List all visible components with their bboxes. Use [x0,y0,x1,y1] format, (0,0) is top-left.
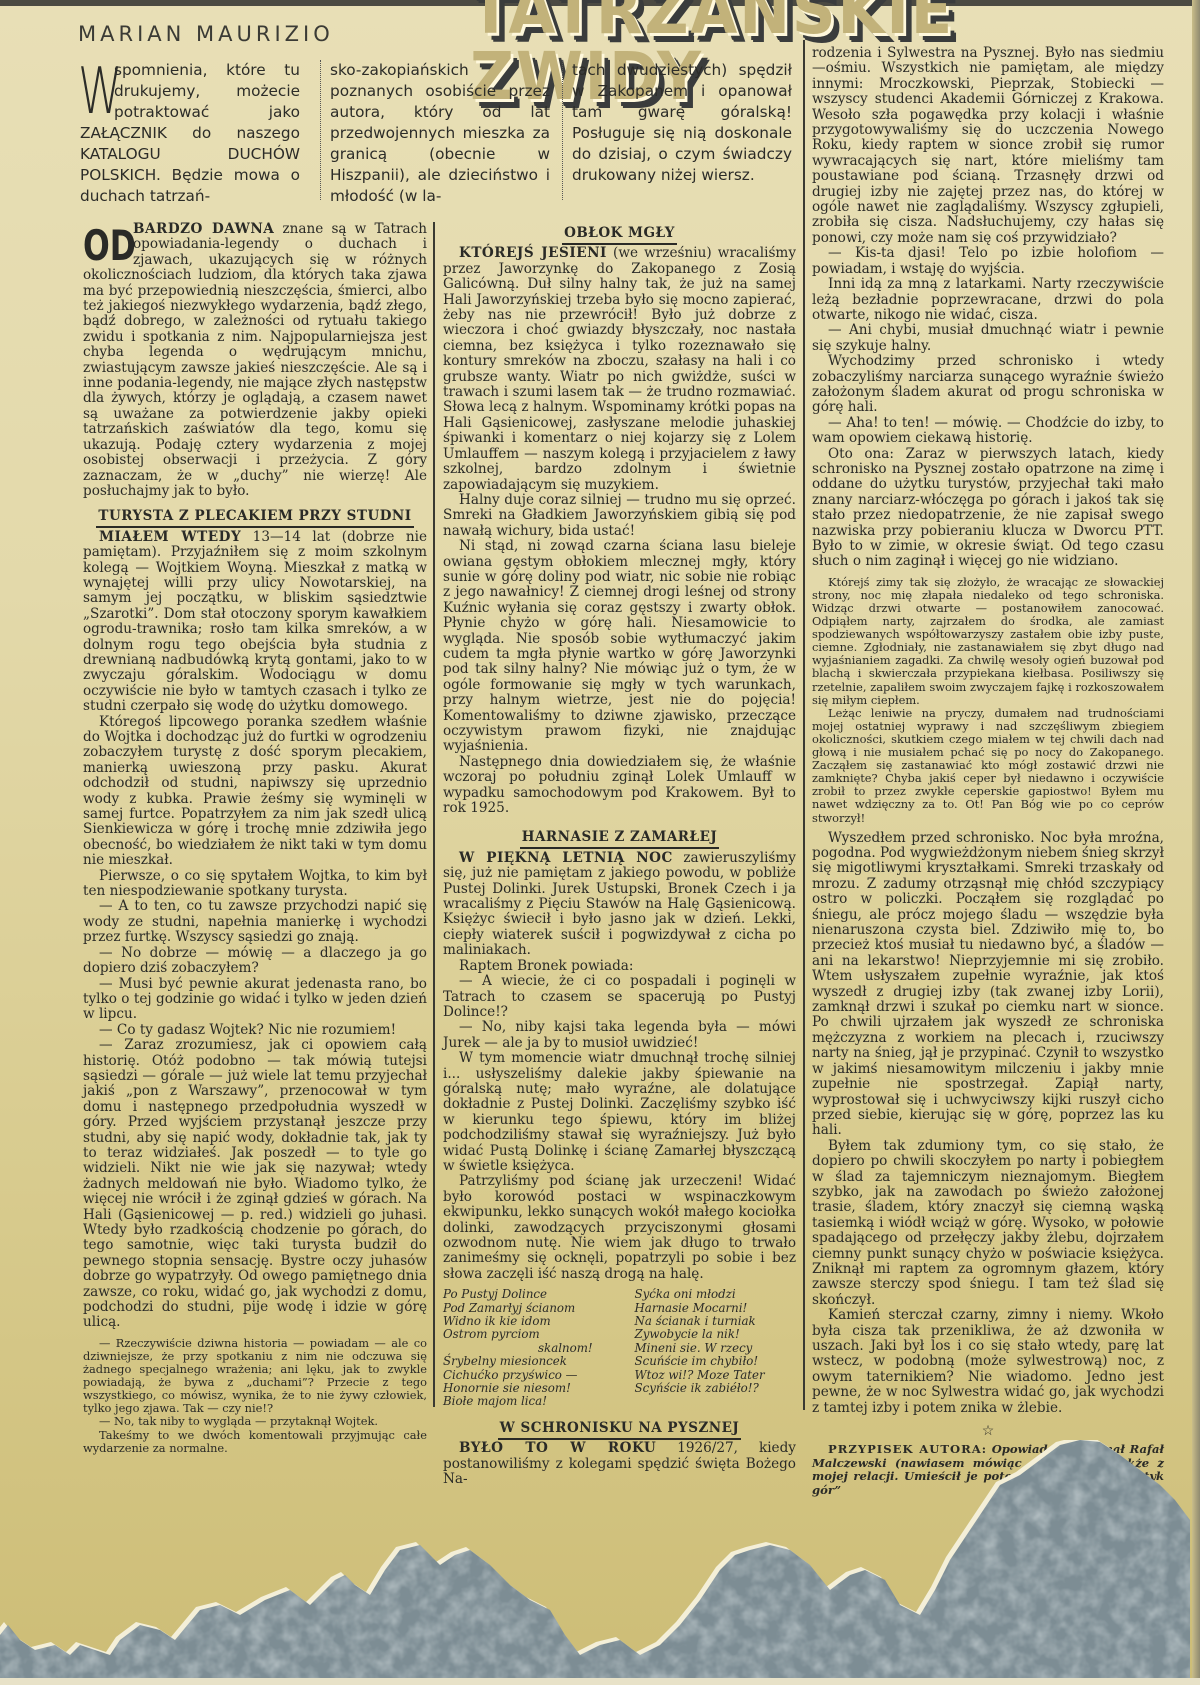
paragraph-small: Którejś zimy tak się złożyło, że wracają… [812,576,1164,707]
paragraph: — Co ty gadasz Wojtek? Nic nie rozumiem! [83,1023,427,1038]
paragraph: Inni idą za mną z latarkami. Narty rzecz… [812,277,1164,323]
paragraph: W tym momencie wiatr dmuchnął trochę sil… [443,1051,796,1174]
author-name: MARIAN MAURIZIO [78,22,334,46]
poem-stanza-right: Syćka oni młodzi Harnasie Mocarni! Na śc… [635,1288,797,1409]
drop-cap: OD [83,226,115,266]
section-heading: TURYSTA Z PLECAKIEM PRZY STUDNI [83,509,427,524]
paragraph: Byłem tak zdumiony tym, co się stało, że… [812,1139,1164,1308]
paragraph: Pierwsze, o co się spytałem Wojtka, to k… [83,869,427,900]
paragraph-small: — Rzeczywiście dziwna historia — powiada… [83,1337,427,1416]
paragraph: Wyszedłem przed schronisko. Noc była mro… [812,831,1164,1139]
section-heading: OBŁOK MGŁY [443,226,796,241]
paragraph: Kamień sterczał czarny, zimny i niemy. W… [812,1308,1164,1416]
paragraph: Ni stąd, ni zowąd czarna ściana lasu bie… [443,539,796,755]
mountain-silhouette-illustration [0,1440,1200,1685]
column-1: ODBARDZO DAWNA znane są w Tatrach opowia… [83,222,427,1455]
paragraph: — Musi być pewnie akurat jedenasta rano,… [83,977,427,1023]
paragraph: — Kis-ta djasi! Telo po izbie holofiom —… [812,246,1164,277]
star-icon: ☆ [812,1424,1164,1439]
intro-col-1: W spomnienia, które tu drukujemy, możeci… [80,60,300,207]
paragraph: — Ani chybi, musiał dmuchnąć wiatr i pew… [812,323,1164,354]
section-heading: HARNASIE Z ZAMARŁEJ [443,830,796,845]
paragraph: — Aha! to ten! — mówię. — Chodźcie do iz… [812,416,1164,447]
magazine-page: MARIAN MAURIZIO TATRZAŃSKIE ZWIDY W spom… [0,0,1200,1685]
paragraph: Wychodzimy przed schronisko i wtedy zoba… [812,354,1164,416]
section-heading: W SCHRONISKU NA PYSZNEJ [443,1421,796,1436]
paragraph: W PIĘKNĄ LETNIĄ NOC zawieruszyliśmy się,… [443,851,796,959]
intro-col-3: tach dwudziestych) spędził w Zakopanem i… [562,60,792,200]
paragraph-small: Leżąc leniwie na pryczy, dumałem nad tru… [812,707,1164,825]
paragraph: Następnego dnia dowiedziałem się, że wła… [443,755,796,817]
poem-stanza-left: Po Pustyj Dolince Pod Zamarłyj ścianom W… [443,1288,605,1409]
poem: Po Pustyj Dolince Pod Zamarłyj ścianom W… [443,1288,796,1409]
paragraph: — A wiecie, że ci co pospadali i poginęl… [443,974,796,1020]
paragraph: Halny duje coraz silniej — trudno mu się… [443,493,796,539]
drop-cap: W [78,66,99,118]
paragraph: Któregoś lipcowego poranka szedłem właśn… [83,715,427,869]
paragraph: rodzenia i Sylwestra na Pysznej. Było na… [812,46,1164,246]
column-3: rodzenia i Sylwestra na Pysznej. Było na… [812,46,1164,1497]
intro-box: W spomnienia, które tu drukujemy, możeci… [80,60,790,210]
paragraph: — Zaraz zrozumiesz, jak ci opowiem całą … [83,1038,427,1331]
paragraph: — No dobrze — mówię — a dlaczego ja go d… [83,946,427,977]
paragraph-small: — No, tak niby to wygląda — przytaknął W… [83,1415,427,1428]
page-edge [1192,0,1200,1685]
column-2: OBŁOK MGŁY KTÓREJŚ JESIENI (we wrześniu)… [443,222,796,1488]
paragraph: MIAŁEM WTEDY 13—14 lat (dobrze nie pamię… [83,530,427,715]
paragraph: — A to ten, co tu zawsze przychodzi napi… [83,899,427,945]
paragraph: KTÓREJŚ JESIENI (we wrześniu) wracaliśmy… [443,246,796,493]
paragraph: Oto ona: Zaraz w pierwszych latach, kied… [812,447,1164,570]
paragraph: Raptem Bronek powiada: [443,959,796,974]
column-rule [803,40,805,1410]
intro-col-2: sko-zakopiańskich poznanych osobiście pr… [320,60,550,200]
paragraph: — No, niby kajsi taka legenda była — mów… [443,1020,796,1051]
paragraph: Patrzyliśmy pod ścianę jak urzeczeni! Wi… [443,1174,796,1282]
column-rule [433,222,435,1407]
opening-paragraph: ODBARDZO DAWNA znane są w Tatrach opowia… [83,222,427,499]
